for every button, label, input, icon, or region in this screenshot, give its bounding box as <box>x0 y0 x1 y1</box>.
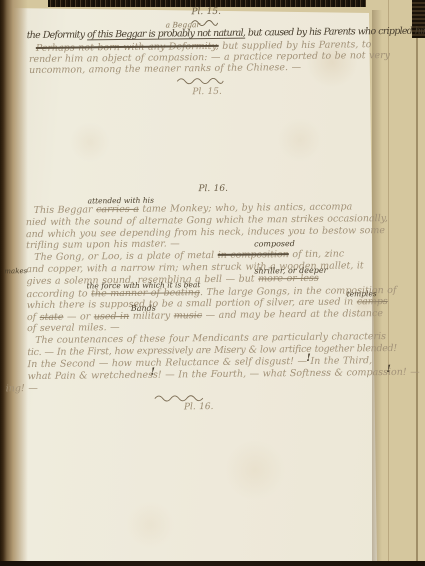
p2-line-6-t1: of <box>27 312 40 323</box>
p1-line-3: and which you see depending from his nec… <box>26 226 385 240</box>
p3-line-4: what Pain & wretchedness! — In the Fourt… <box>28 368 420 382</box>
p2-insertion-composed: composed <box>254 240 295 248</box>
p2-line-4-start: according to <box>27 288 92 300</box>
p2-line-6-struck-1: state <box>40 312 64 323</box>
flourish-divider <box>176 76 224 86</box>
p2-line-6-t3: military <box>129 310 174 322</box>
manuscript-content: Pl. 15. a Beggar the Deformity of this B… <box>0 0 425 566</box>
p2-line-7: of several miles. — <box>27 323 120 334</box>
overwritten-exclamation: ! <box>150 368 155 378</box>
p2-line-6: of state — or used in military music — a… <box>27 309 383 323</box>
p2-line-3-struck-text: more or less <box>258 273 319 285</box>
p3-line-5: ing! — <box>6 384 38 394</box>
pl15-line-4: uncommon, among the meaner ranks of the … <box>29 63 301 76</box>
overwritten-exclamation: ! <box>386 365 391 375</box>
p2-line-1-end: of tin, zinc <box>289 248 344 260</box>
plate16-footer: Pl. 16. <box>184 403 214 412</box>
p2-line-6-t2: — or <box>63 311 93 322</box>
p2-line-6-struck-3: music <box>174 310 202 321</box>
p2-margin-insertion-right: temples <box>347 290 377 298</box>
p2-line-6-struck-2: used in <box>94 311 129 322</box>
plate16-header: Pl. 16. <box>198 185 228 194</box>
overwritten-exclamation: ! <box>306 354 311 364</box>
plate15-header: Pl. 15. <box>191 8 221 17</box>
p2-line-1-start: The Gong, or Loo, is a plate of metal <box>34 250 218 263</box>
p2-line-1-struck-text: in composition <box>218 249 289 261</box>
p2-margin-insertion-left: makes <box>4 268 27 275</box>
p1-line-1-start: This Beggar <box>34 204 97 216</box>
manuscript-photo: Pl. 15. a Beggar the Deformity of this B… <box>0 0 425 566</box>
p1-line-4: trifling sum upon his master. — <box>26 239 180 250</box>
pl15-line-1-start: the Deformity <box>27 29 87 41</box>
pl15-line-1-end: but caused by his Parents who crippled h… <box>245 25 425 38</box>
plate15-footer: Pl. 15. <box>192 88 222 97</box>
p2-line-6-t4: — and may be heard at the distance <box>202 308 383 321</box>
pl15-line-1-underlined: of this Beggar is probably not natural, <box>87 28 245 41</box>
p1-line-1-struck-text: carries a <box>96 204 139 215</box>
